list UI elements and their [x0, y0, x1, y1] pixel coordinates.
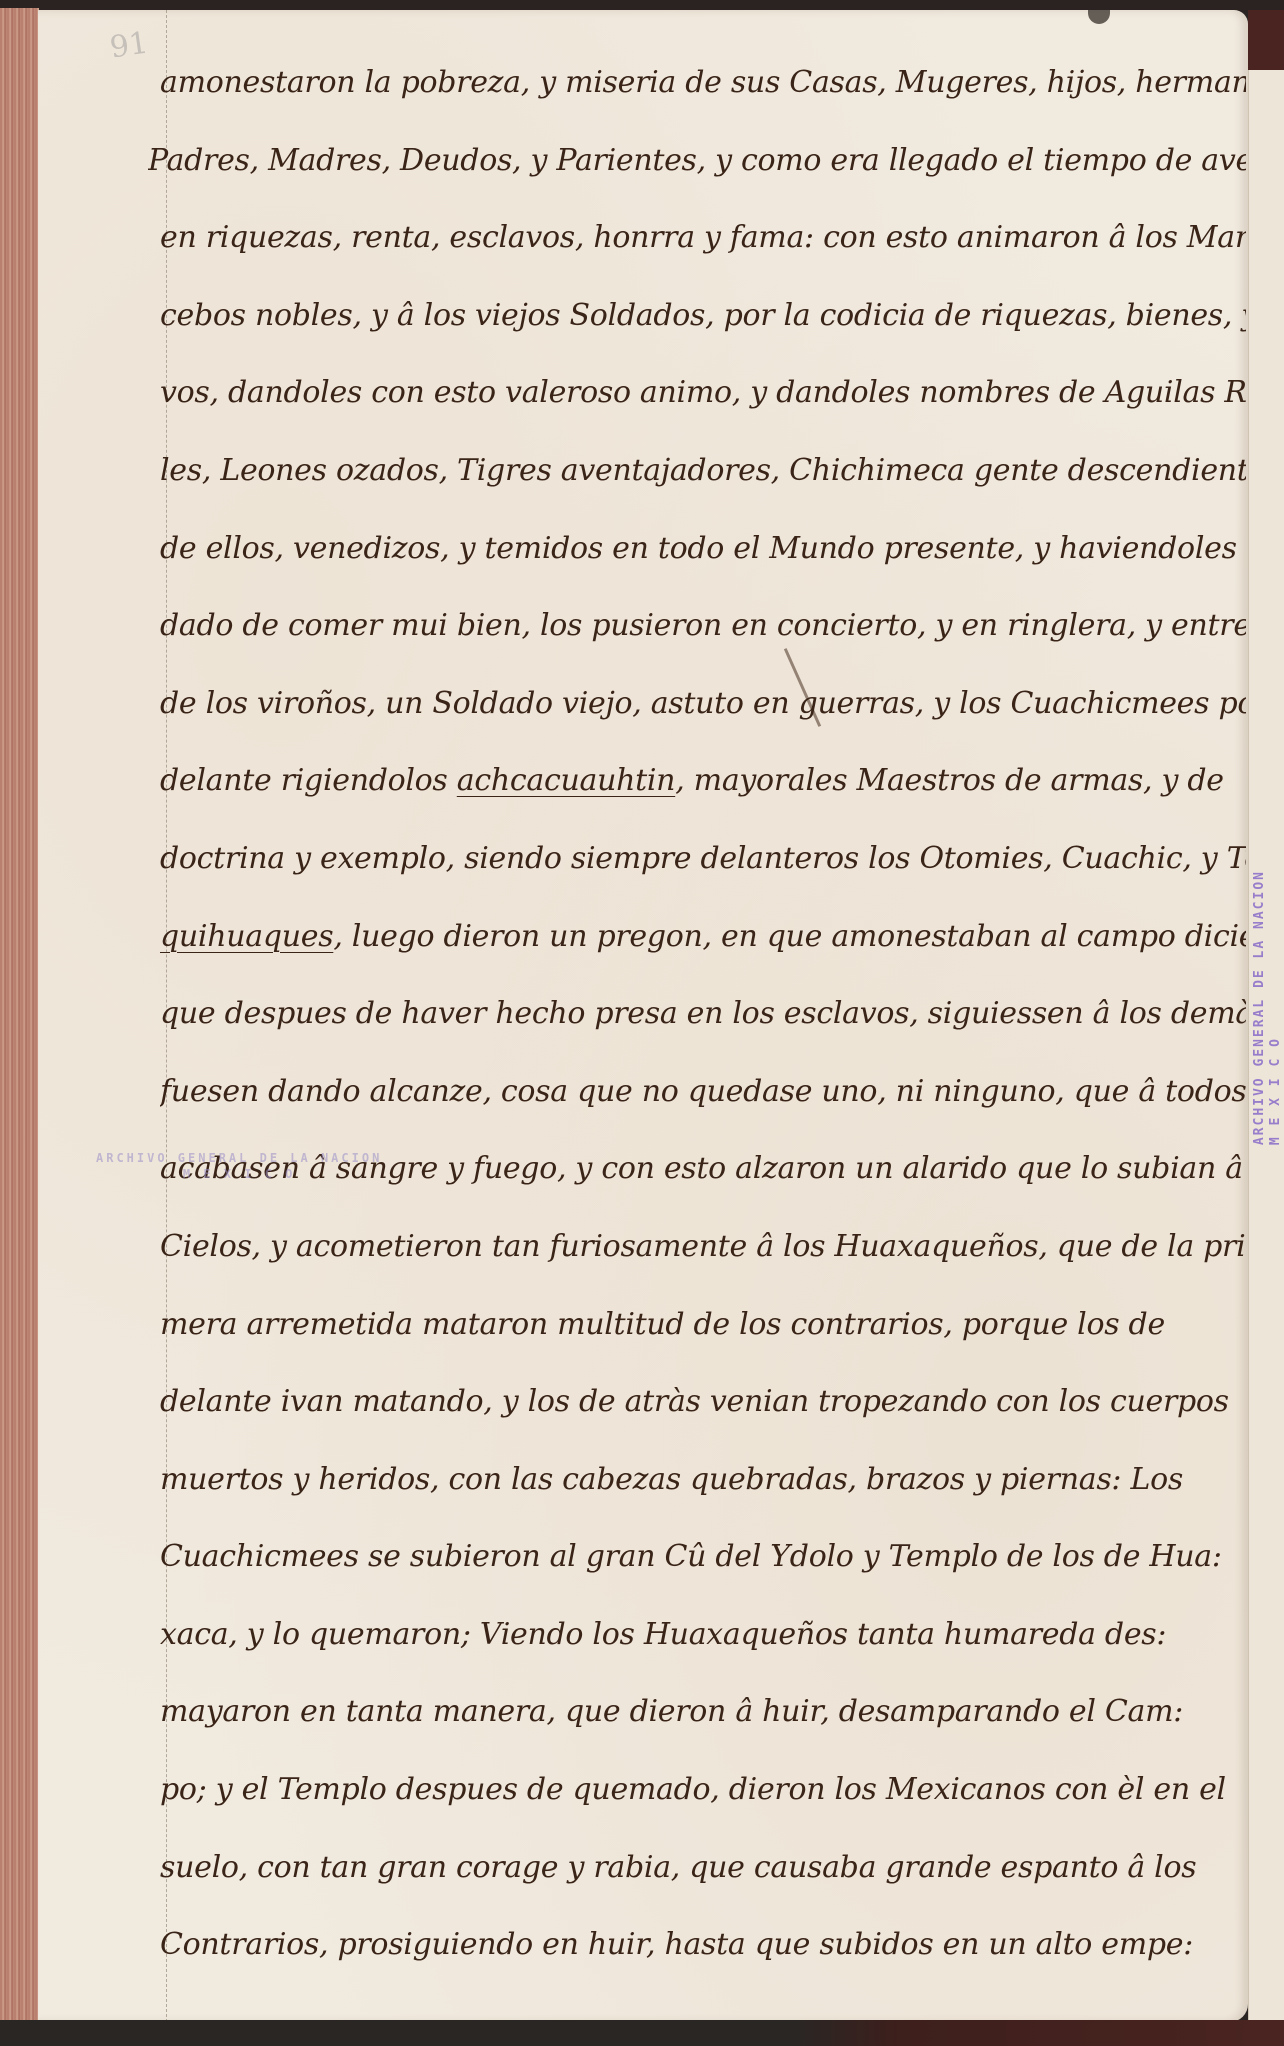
text-line: delante ivan matando, y los de atràs ven… — [160, 1363, 1246, 1441]
text-line: fuesen dando alcanze, cosa que no quedas… — [160, 1053, 1246, 1131]
text-line: en riquezas, renta, esclavos, honrra y f… — [160, 199, 1246, 277]
text-line: vos, dandoles con esto valeroso animo, y… — [160, 354, 1246, 432]
folio-number: 91 — [108, 26, 151, 66]
archive-stamp-bleed: ARCHIVO GENERAL DE LA NACION M E X I C O — [96, 1150, 382, 1182]
archive-stamp-right: ARCHIVO GENERAL DE LA NACION M E X I C O — [1252, 870, 1284, 1145]
text-line: cebos nobles, y â los viejos Soldados, p… — [160, 277, 1246, 355]
text-line: po; y el Templo despues de quemado, dier… — [160, 1751, 1246, 1829]
underlined-term: quihuaques — [160, 919, 333, 954]
cover-corner — [1248, 10, 1284, 70]
stamp-line: ARCHIVO GENERAL DE LA NACION — [96, 1150, 382, 1166]
text-line: dado de comer mui bien, los pusieron en … — [160, 587, 1246, 665]
text-line: Cuachicmees se subieron al gran Cû del Y… — [160, 1518, 1246, 1596]
text-line: de los viroños, un Soldado viejo, astuto… — [160, 665, 1246, 743]
stamp-line: ARCHIVO GENERAL DE LA NACION — [1252, 870, 1268, 1145]
text-line: que despues de haver hecho presa en los … — [160, 975, 1246, 1053]
underlined-term: achcacuauhtin — [457, 763, 675, 798]
text-line-underlined-term: delante rigiendolos achcacuauhtin, mayor… — [160, 742, 1246, 820]
text-line: suelo, con tan gran corage y rabia, que … — [160, 1829, 1246, 1907]
stacked-page-edges — [0, 8, 39, 2022]
manuscript-text: amonestaron la pobreza, y miseria de sus… — [160, 44, 1246, 1984]
text-line: Contrarios, prosiguiendo en huir, hasta … — [160, 1906, 1246, 1984]
text-line: muertos y heridos, con las cabezas quebr… — [160, 1441, 1246, 1519]
text-line: Padres, Madres, Deudos, y Parientes, y c… — [148, 122, 1246, 200]
text-line: les, Leones ozados, Tigres aventajadores… — [160, 432, 1246, 510]
text-line: xaca, y lo quemaron; Viendo los Huaxaque… — [160, 1596, 1246, 1674]
book-binding-bottom — [0, 2020, 1284, 2046]
text-line: de ellos, venedizos, y temidos en todo e… — [160, 510, 1246, 588]
text-line: Cielos, y acometieron tan furiosamente â… — [160, 1208, 1246, 1286]
text-line: amonestaron la pobreza, y miseria de sus… — [160, 44, 1246, 122]
text-line: mera arremetida mataron multitud de los … — [160, 1286, 1246, 1364]
text-line-underlined-term: quihuaques, luego dieron un pregon, en q… — [160, 898, 1246, 976]
text-line: mayaron en tanta manera, que dieron â hu… — [160, 1673, 1246, 1751]
text-line: doctrina y exemplo, siendo siempre delan… — [160, 820, 1246, 898]
stamp-line: M E X I C O — [96, 1166, 382, 1182]
stamp-line: M E X I C O — [1268, 870, 1284, 1145]
